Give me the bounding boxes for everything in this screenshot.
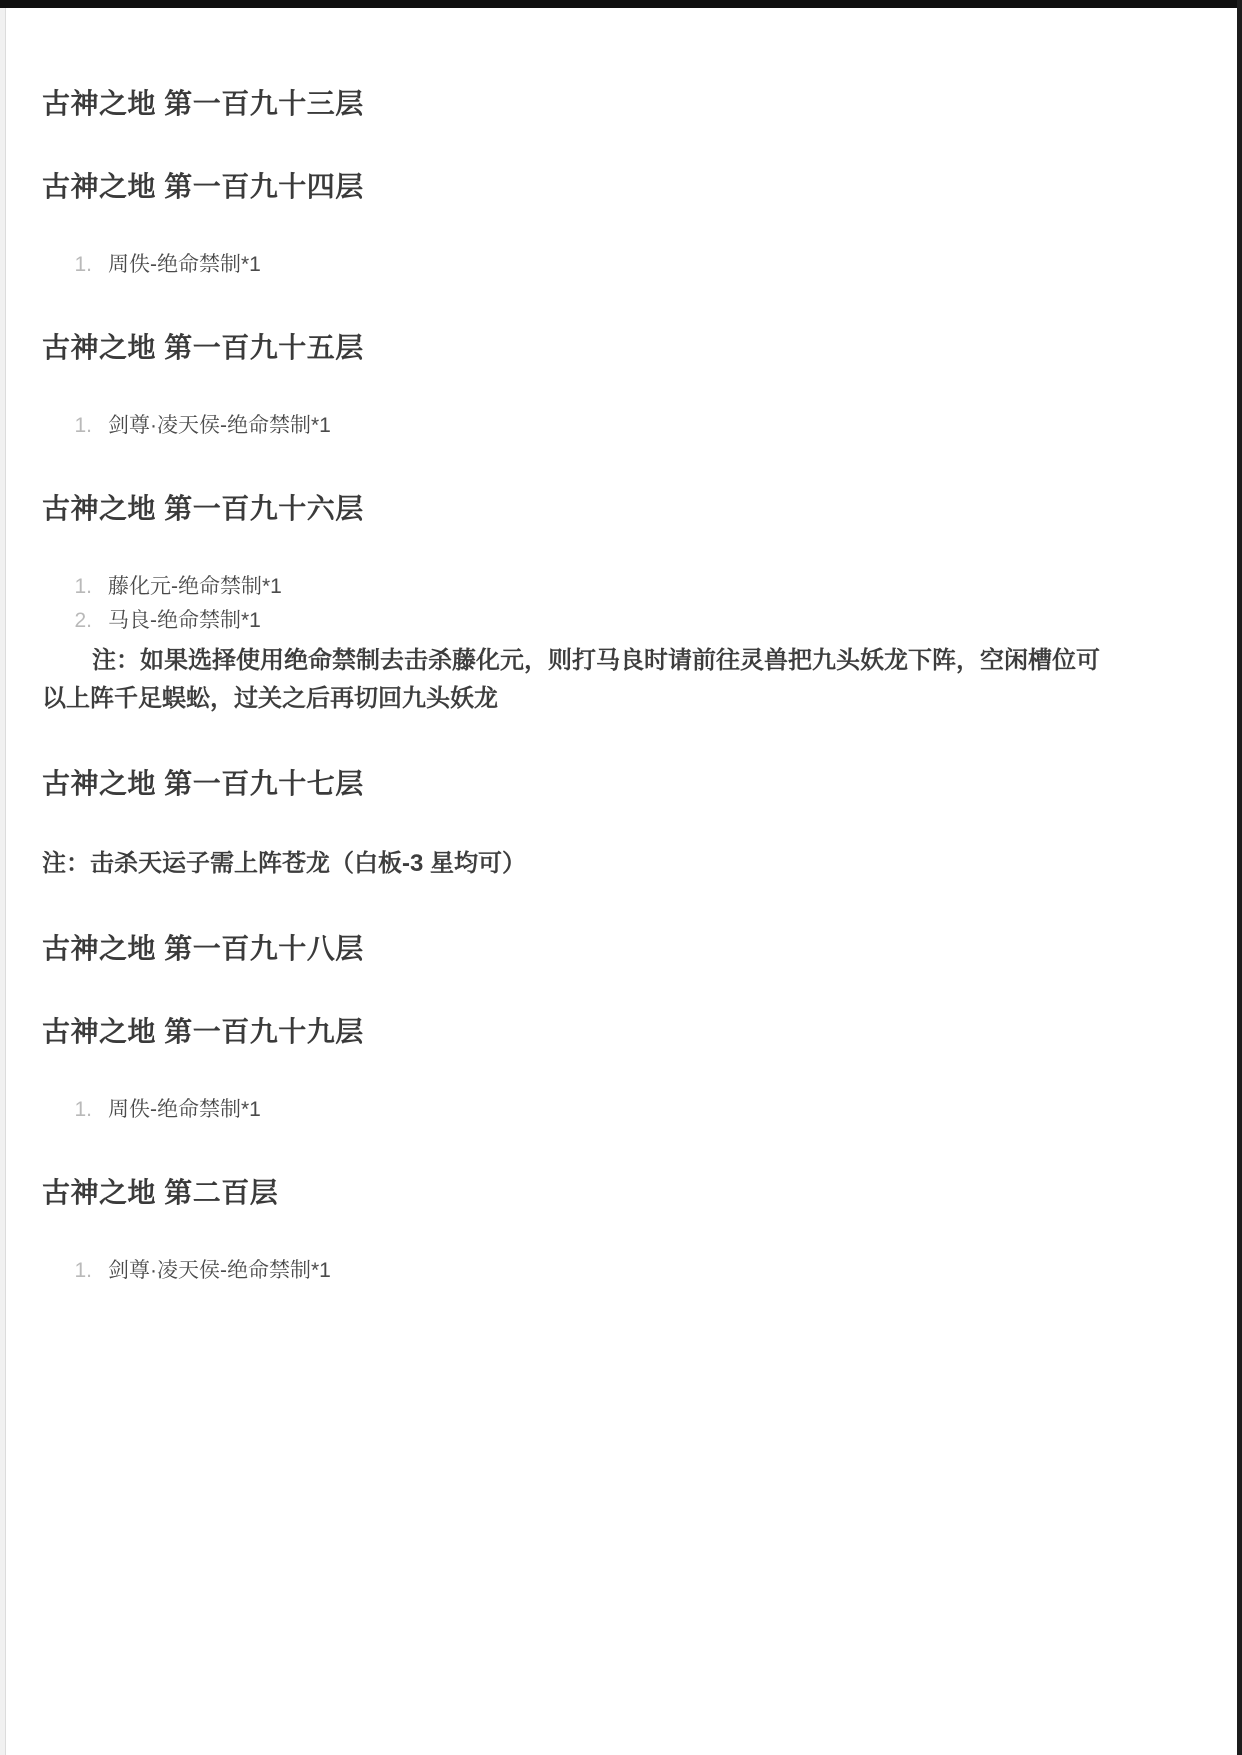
section-heading: 古神之地 第一百九十四层	[42, 169, 1107, 204]
section-heading: 古神之地 第一百九十九层	[42, 1014, 1107, 1049]
enemy-list: 1.剑尊·凌天侯-绝命禁制*1	[42, 409, 1107, 443]
list-item: 1.周佚-绝命禁制*1	[42, 248, 1107, 282]
list-item-text: 周佚-绝命禁制*1	[108, 1093, 261, 1127]
list-item-text: 马良-绝命禁制*1	[108, 604, 261, 638]
left-page-edge	[0, 8, 6, 1755]
list-item: 2.马良-绝命禁制*1	[42, 604, 1107, 638]
list-item-number: 2.	[42, 604, 108, 638]
list-item-text: 周佚-绝命禁制*1	[108, 248, 261, 282]
section-heading: 古神之地 第二百层	[42, 1175, 1107, 1210]
note-paragraph: 注：击杀天运子需上阵苍龙（白板-3 星均可）	[42, 845, 1107, 883]
list-item: 1.剑尊·凌天侯-绝命禁制*1	[42, 1254, 1107, 1288]
list-item-number: 1.	[42, 248, 108, 282]
enemy-list: 1.周佚-绝命禁制*1	[42, 1093, 1107, 1127]
section-heading: 古神之地 第一百九十六层	[42, 491, 1107, 526]
list-item-number: 1.	[42, 1093, 108, 1127]
section-heading: 古神之地 第一百九十三层	[42, 86, 1107, 121]
note-paragraph: 注：如果选择使用绝命禁制去击杀藤化元，则打马良时请前往灵兽把九头妖龙下阵，空闲槽…	[42, 642, 1107, 718]
list-item: 1.剑尊·凌天侯-绝命禁制*1	[42, 409, 1107, 443]
app-screen: 古神之地 第一百九十三层古神之地 第一百九十四层1.周佚-绝命禁制*1古神之地 …	[0, 0, 1242, 1755]
list-item-text: 剑尊·凌天侯-绝命禁制*1	[108, 409, 331, 443]
enemy-list: 1.剑尊·凌天侯-绝命禁制*1	[42, 1254, 1107, 1288]
section-heading: 古神之地 第一百九十八层	[42, 931, 1107, 966]
enemy-list: 1.周佚-绝命禁制*1	[42, 248, 1107, 282]
list-item: 1.藤化元-绝命禁制*1	[42, 570, 1107, 604]
list-item-text: 剑尊·凌天侯-绝命禁制*1	[108, 1254, 331, 1288]
list-item-text: 藤化元-绝命禁制*1	[108, 570, 282, 604]
list-item: 1.周佚-绝命禁制*1	[42, 1093, 1107, 1127]
section-heading: 古神之地 第一百九十七层	[42, 766, 1107, 801]
right-screen-edge	[1237, 0, 1242, 1755]
list-item-number: 1.	[42, 409, 108, 443]
list-item-number: 1.	[42, 570, 108, 604]
top-edge-bar	[0, 0, 1242, 8]
enemy-list: 1.藤化元-绝命禁制*12.马良-绝命禁制*1	[42, 570, 1107, 638]
section-heading: 古神之地 第一百九十五层	[42, 330, 1107, 365]
list-item-number: 1.	[42, 1254, 108, 1288]
document-scroll-area[interactable]: 古神之地 第一百九十三层古神之地 第一百九十四层1.周佚-绝命禁制*1古神之地 …	[7, 8, 1237, 1755]
